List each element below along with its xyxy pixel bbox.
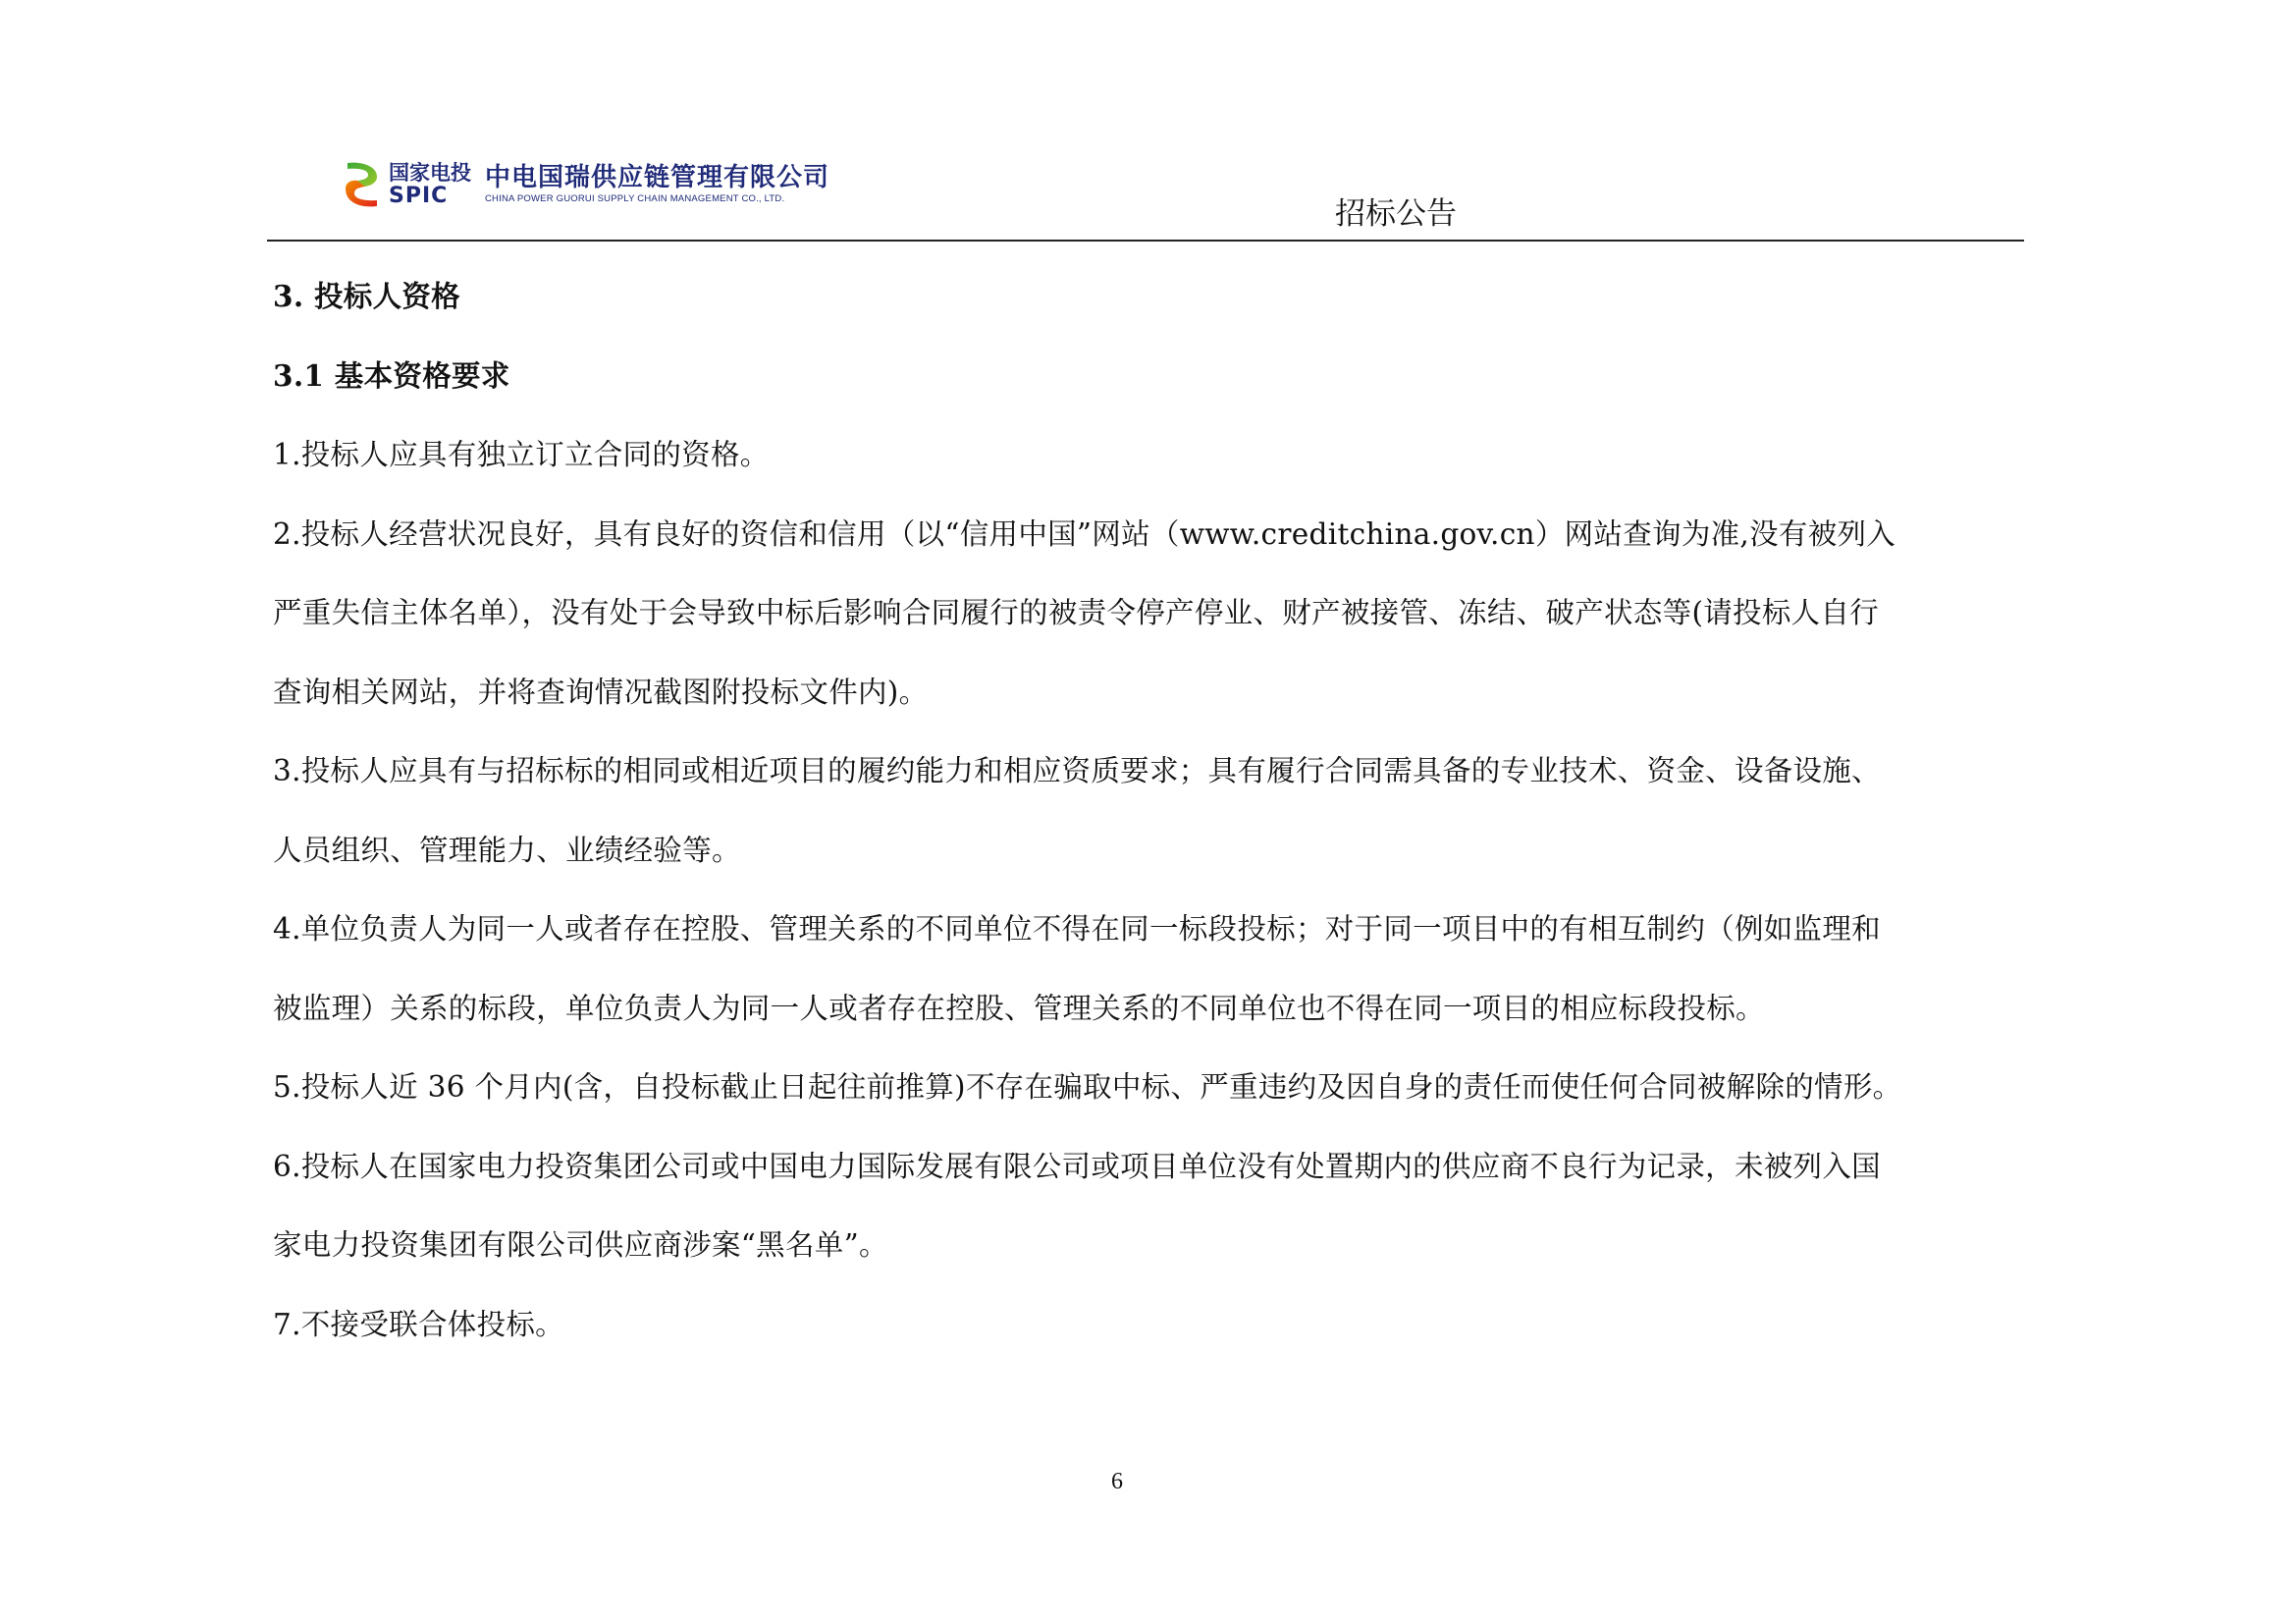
- company-name: 中电国瑞供应链管理有限公司 CHINA POWER GUORUI SUPPLY …: [485, 163, 829, 206]
- document-body: 3. 投标人资格 3.1 基本资格要求 1.投标人应具有独立订立合同的资格。 2…: [273, 257, 2030, 1364]
- paragraph-line: 家电力投资集团有限公司供应商涉案“黑名单”。: [273, 1206, 2030, 1285]
- page-number: 6: [1111, 1469, 1123, 1495]
- brand-name-en: SPIC: [389, 185, 471, 208]
- subsection-heading: 3.1 基本资格要求: [273, 337, 2030, 416]
- document-page: 国家电投 SPIC 中电国瑞供应链管理有限公司 CHINA POWER GUOR…: [0, 0, 2296, 1624]
- spic-logo-icon: [342, 159, 381, 210]
- paragraph-line: 7.不接受联合体投标。: [273, 1285, 2030, 1365]
- paragraph-line: 被监理）关系的标段，单位负责人为同一人或者存在控股、管理关系的不同单位也不得在同…: [273, 969, 2030, 1049]
- paragraph-line: 6.投标人在国家电力投资集团公司或中国电力国际发展有限公司或项目单位没有处置期内…: [273, 1127, 2030, 1207]
- company-name-en: CHINA POWER GUORUI SUPPLY CHAIN MANAGEME…: [485, 192, 829, 206]
- company-logo: 国家电投 SPIC 中电国瑞供应链管理有限公司 CHINA POWER GUOR…: [342, 159, 829, 210]
- paragraph-line: 3.投标人应具有与招标标的相同或相近项目的履约能力和相应资质要求；具有履行合同需…: [273, 731, 2030, 811]
- paragraph-line: 严重失信主体名单），没有处于会导致中标后影响合同履行的被责令停产停业、财产被接管…: [273, 573, 2030, 653]
- paragraph-line: 人员组织、管理能力、业绩经验等。: [273, 811, 2030, 891]
- page-header: 国家电投 SPIC 中电国瑞供应链管理有限公司 CHINA POWER GUOR…: [267, 147, 2024, 245]
- spic-brand: 国家电投 SPIC: [389, 161, 471, 208]
- paragraph-line: 2.投标人经营状况良好，具有良好的资信和信用（以“信用中国”网站（www.cre…: [273, 495, 2030, 574]
- paragraph-line: 4.单位负责人为同一人或者存在控股、管理关系的不同单位不得在同一标段投标；对于同…: [273, 890, 2030, 969]
- paragraph-line: 5.投标人近 36 个月内(含，自投标截止日起往前推算)不存在骗取中标、严重违约…: [273, 1048, 2030, 1127]
- company-name-cn: 中电国瑞供应链管理有限公司: [485, 163, 829, 192]
- brand-name-cn: 国家电投: [389, 161, 471, 185]
- section-heading: 3. 投标人资格: [273, 257, 2030, 337]
- paragraph-line: 1.投标人应具有独立订立合同的资格。: [273, 415, 2030, 495]
- header-divider: [267, 240, 2024, 242]
- document-title: 招标公告: [1335, 194, 1457, 234]
- paragraph-line: 查询相关网站，并将查询情况截图附投标文件内)。: [273, 653, 2030, 732]
